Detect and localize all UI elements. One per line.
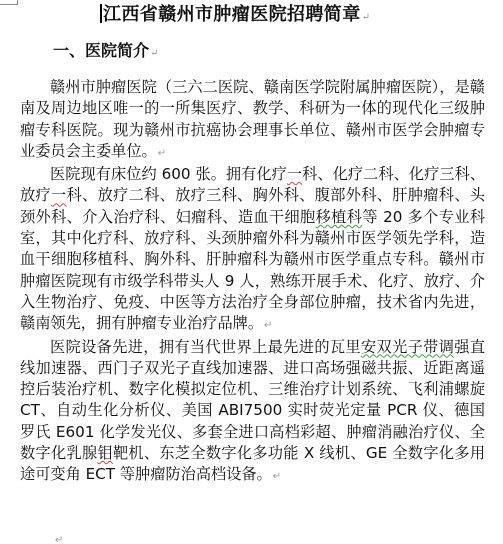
paragraph-mark-icon: ↵ [158, 148, 166, 159]
text-run: 赣州市肿瘤医院（三六二医院、赣南医学院附属肿瘤医院），是赣南及周边地区唯一的一所… [20, 78, 485, 160]
paragraph-mark-icon: ↵ [55, 535, 63, 544]
paragraph-equipment: 医院设备先进，拥有当代世界上最先进的瓦里安双光子带调强直线加速器、西门子双光子直… [20, 337, 485, 488]
document-title: 江西省赣州市肿瘤医院招聘简章↵ [100, 4, 370, 29]
grammar-error-mark[interactable]: 移植科 [316, 208, 363, 226]
grammar-error-mark[interactable]: 安双光子带调 [361, 338, 454, 356]
paragraph-mark-icon: ↵ [362, 12, 371, 23]
document-page[interactable]: 江西省赣州市肿瘤医院招聘简章↵ 一、医院简介↵ 赣州市肿瘤医院（三六二医院、赣南… [0, 0, 503, 544]
text-run: 等 20 多个专业科室，其中化疗科、放疗科、头颈肿瘤外科为赣州市医学领先学科，造… [20, 208, 485, 332]
spelling-error-mark[interactable]: 一 [51, 186, 67, 204]
paragraph-departments: 医院现有床位约 600 张。拥有化疗一科、化疗二科、化疗三科、放疗一科、放疗二科… [20, 164, 485, 336]
section-heading-text: 一、医院简介 [53, 41, 149, 60]
paragraph-mark-icon: ↵ [150, 48, 158, 59]
paragraph-mark-icon: ↵ [264, 320, 272, 331]
title-text: 江西省赣州市肿瘤医院招聘简章 [103, 4, 361, 25]
paragraph-mark-icon: ↵ [273, 471, 281, 482]
body-text: 赣州市肿瘤医院（三六二医院、赣南医学院附属肿瘤医院），是赣南及周边地区唯一的一所… [20, 77, 485, 488]
section-heading: 一、医院简介↵ [53, 40, 158, 65]
paragraph-intro: 赣州市肿瘤医院（三六二医院、赣南医学院附属肿瘤医院），是赣南及周边地区唯一的一所… [20, 77, 485, 164]
text-run: 医院现有床位约 600 张。拥有化疗 [50, 165, 287, 183]
text-cursor [100, 4, 102, 23]
text-run: 医院设备先进，拥有当代世界上最先进的瓦里 [50, 338, 361, 356]
spelling-error-mark[interactable]: 钼 [97, 444, 113, 462]
spelling-error-mark[interactable]: 一 [287, 165, 302, 183]
